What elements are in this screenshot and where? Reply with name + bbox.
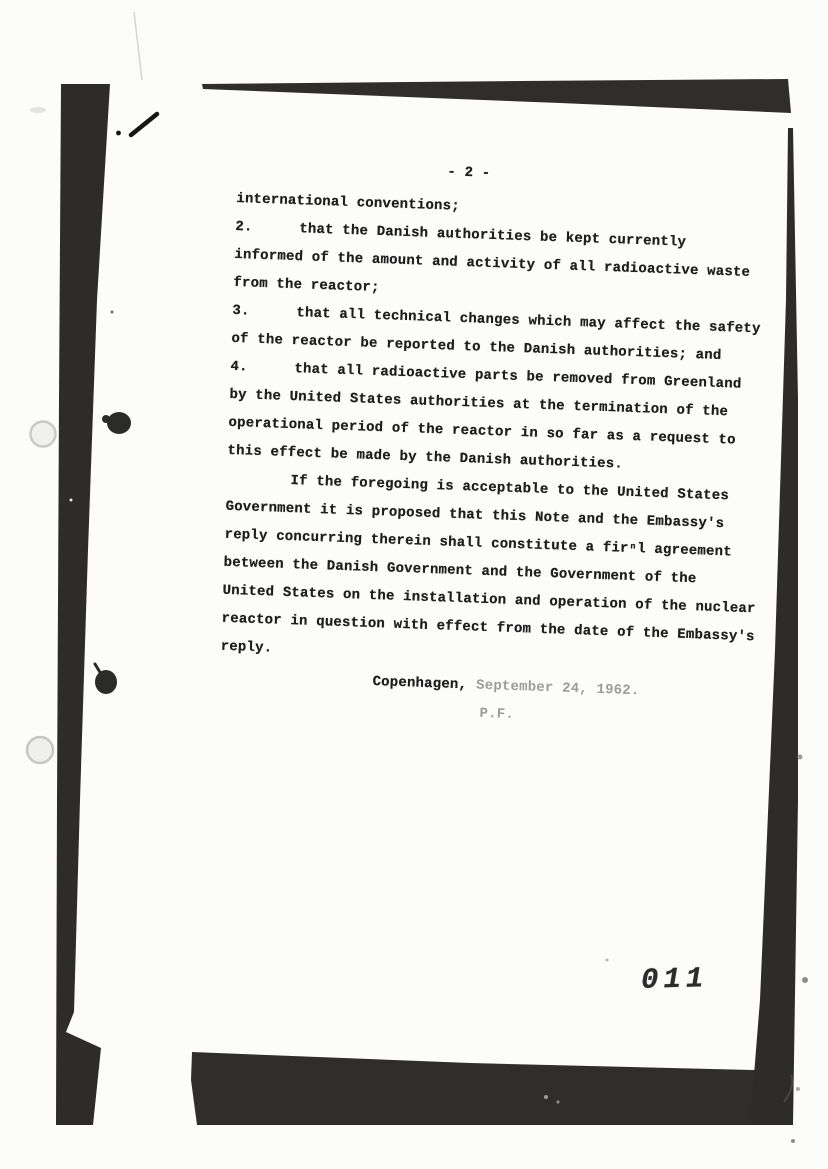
stamp-number: 011 — [641, 962, 709, 998]
list-number: 4. — [230, 353, 295, 383]
list-number: 3. — [232, 297, 297, 327]
document-text: - 2 - international conventions; 2.that … — [218, 151, 817, 739]
scan-border-bottom — [191, 1052, 791, 1125]
scratch-line — [134, 12, 142, 80]
speck-on-border — [557, 1101, 560, 1104]
speck-on-border — [70, 499, 73, 502]
hole-punch-dot-bottom-tail — [95, 664, 101, 674]
speck-on-border — [111, 311, 114, 314]
closing-place: Copenhagen, — [372, 674, 467, 693]
pen-slash-mark — [131, 114, 157, 135]
closing-date: September 24, 1962. — [476, 678, 640, 700]
speck-on-border — [544, 1095, 548, 1099]
hole-punch-dot-top-tail — [102, 415, 110, 423]
hole-punch-ring-top — [31, 422, 56, 447]
speck — [606, 959, 609, 962]
scan-border-top — [202, 79, 791, 113]
hole-punch-dot-top — [107, 412, 131, 434]
line-text: international conventions; — [236, 191, 460, 215]
hole-punch-ring-bottom — [27, 737, 53, 763]
speck — [802, 977, 808, 983]
speck — [798, 755, 803, 760]
hole-punch-dot-bottom — [95, 670, 117, 694]
scan-border-left — [56, 84, 110, 1125]
list-number: 2. — [235, 213, 300, 243]
line-text: reply. — [220, 639, 272, 657]
scanned-document-page: - 2 - international conventions; 2.that … — [0, 0, 828, 1169]
smudge-mark — [30, 107, 46, 113]
speck — [796, 1087, 800, 1091]
pen-dot-mark — [116, 131, 121, 136]
speck — [791, 1139, 795, 1143]
line-text: from the reactor; — [233, 275, 380, 296]
